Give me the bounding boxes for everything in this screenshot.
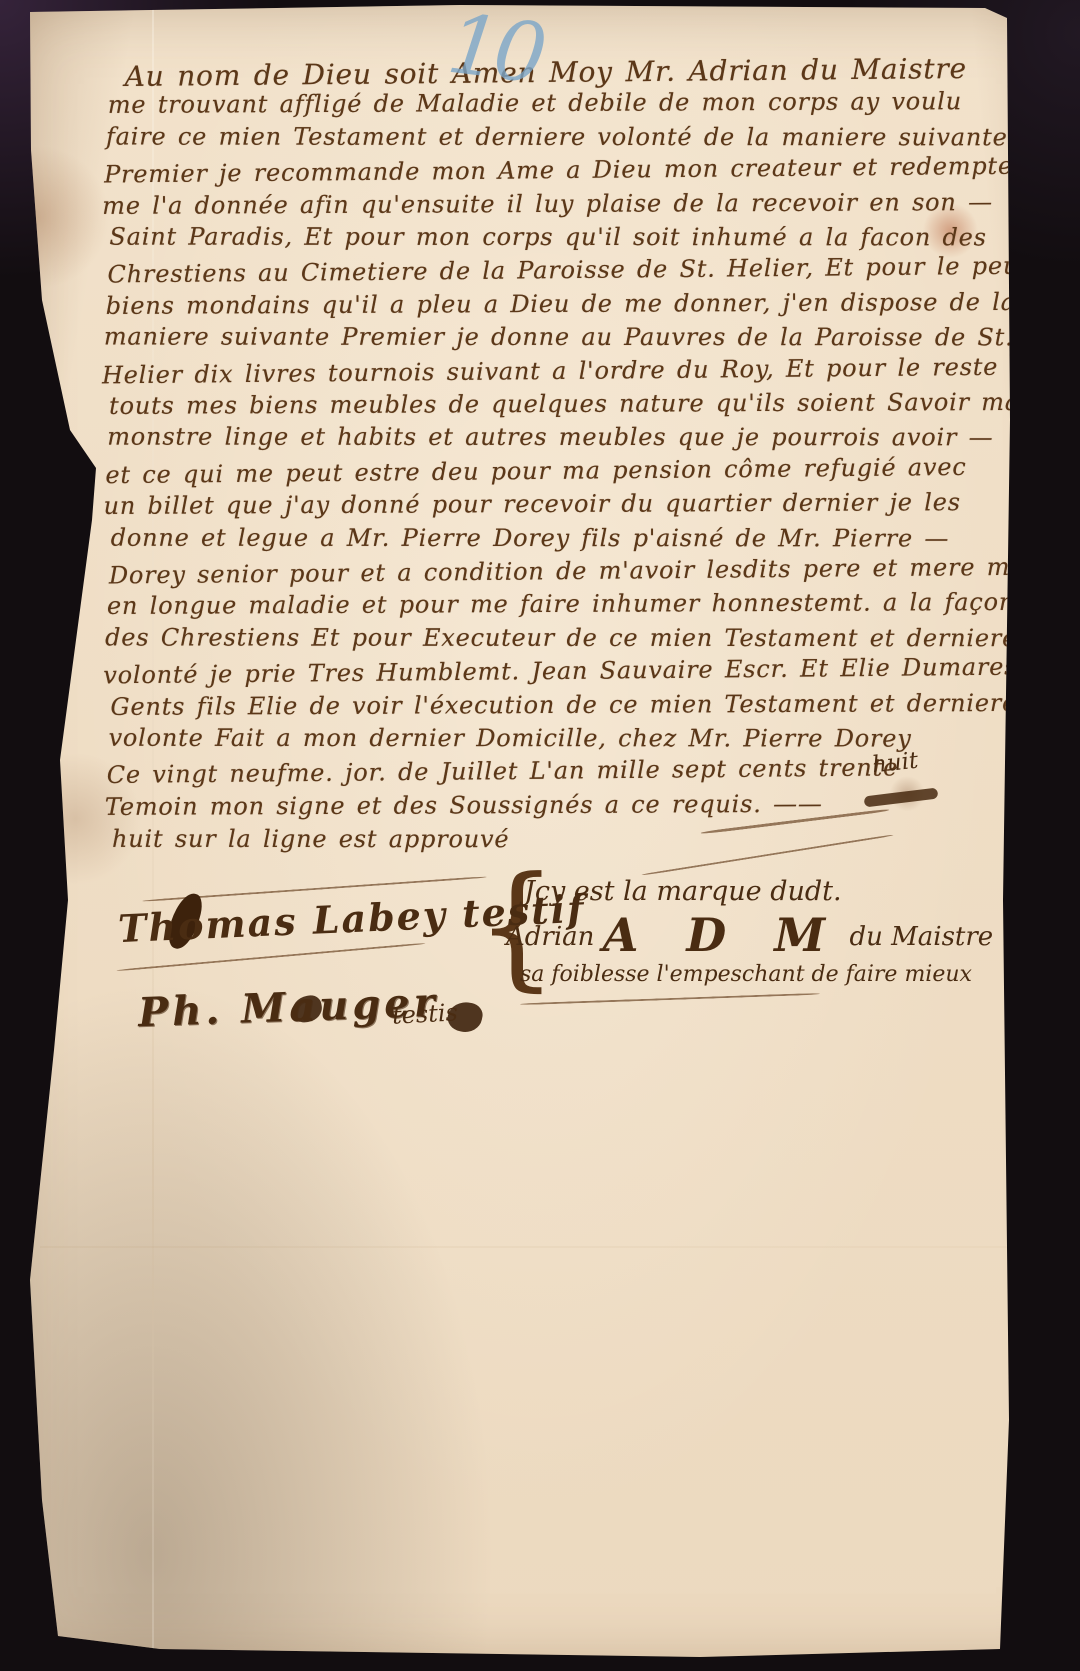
mark-post-text: du Maistre — [849, 922, 993, 952]
manuscript-line: en longue maladie et pour me faire inhum… — [107, 588, 1015, 620]
manuscript-line: maniere suivante Premier je donne au Pau… — [104, 323, 1014, 352]
signature-mauger-testis-label: testis — [391, 998, 458, 1029]
manuscript-line: Helier dix livres tournois suivant a l'o… — [102, 352, 1041, 389]
manuscript-line: me l'a donnée afin qu'ensuite il luy pla… — [102, 188, 993, 220]
manuscript-line: un billet que j'ay donné pour recevoir d… — [103, 488, 960, 520]
manuscript-line: donne et legue a Mr. Pierre Dorey fils p… — [111, 523, 950, 552]
mark-initials: A D M — [603, 908, 842, 962]
manuscript-page: 10 Au nom de Dieu soit Amen Moy Mr. Adri… — [0, 0, 1080, 1671]
manuscript-text-block: Au nom de Dieu soit Amen Moy Mr. Adrian … — [0, 0, 1080, 1671]
mark-pre-text: Adrian — [506, 922, 594, 952]
manuscript-line: Temoin mon signe et des Soussignés a ce … — [105, 790, 823, 821]
manuscript-line: Au nom de Dieu soit Amen Moy Mr. Adrian … — [125, 52, 968, 93]
manuscript-line: et ce qui me peut estre deu pour ma pens… — [105, 453, 966, 489]
mark-infirmity-note: sa foiblesse l'empeschant de faire mieux — [520, 962, 972, 987]
manuscript-line: huit sur la ligne est approuvé — [112, 825, 509, 853]
page-number-annotation: 10 — [443, 0, 546, 102]
manuscript-line: volonté je prie Tres Humblemt. Jean Sauv… — [103, 653, 1033, 690]
manuscript-line: touts mes biens meubles de quelques natu… — [109, 388, 1056, 420]
manuscript-line: Saint Paradis, Et pour mon corps qu'il s… — [109, 223, 986, 252]
manuscript-line: des Chrestiens Et pour Executeur de ce m… — [105, 623, 1053, 652]
manuscript-line: Premier je recommande mon Ame a Dieu mon… — [104, 151, 1080, 188]
mark-of-adrian-du-maistre: Adrian A D M du Maistre — [506, 908, 993, 962]
mark-caption: Jcy est la marque dudt. — [524, 876, 842, 907]
manuscript-line: volonte Fait a mon dernier Domicille, ch… — [109, 724, 912, 753]
manuscript-line: Dorey senior pour et a condition de m'av… — [109, 552, 1080, 590]
manuscript-line: Chrestiens au Cimetiere de la Paroisse d… — [107, 251, 1080, 289]
manuscript-line: Gents fils Elie de voir l'éxecution de c… — [110, 688, 1053, 720]
manuscript-line: biens mondains qu'il a pleu a Dieu de me… — [106, 288, 1052, 320]
manuscript-line: faire ce mien Testament et derniere volo… — [106, 122, 1016, 151]
manuscript-line: monstre linge et habits et autres meuble… — [107, 423, 993, 452]
scan-background: 10 Au nom de Dieu soit Amen Moy Mr. Adri… — [0, 0, 1080, 1671]
manuscript-line: Ce vingt neufme. jor. de Juillet L'an mi… — [107, 754, 899, 790]
interlinear-insertion-huit: huit — [871, 748, 920, 779]
